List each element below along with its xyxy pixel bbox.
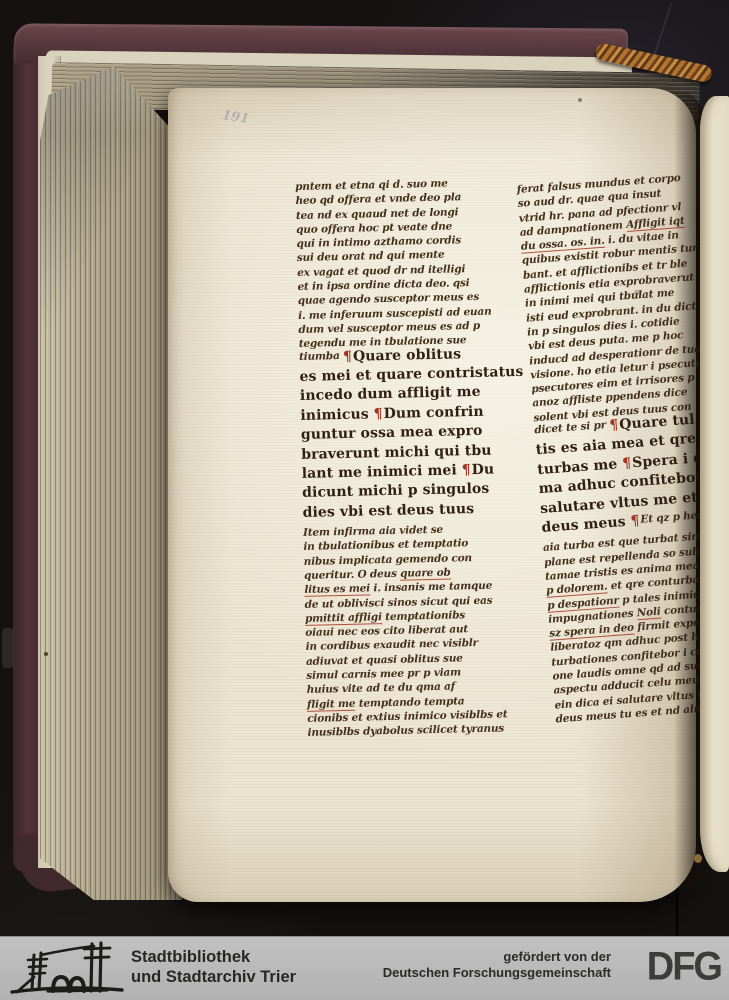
library-name-line2: und Stadtarchiv Trier <box>131 968 296 988</box>
fore-edge-page-stack <box>40 66 182 900</box>
manuscript-text-segment: Du <box>472 461 495 478</box>
manuscript-column-left: pntem et etna qi d. suo meheo qd offera … <box>295 173 490 738</box>
leather-cover-left <box>13 34 41 872</box>
manuscript-text-segment: es mei et quare contristatus <box>299 364 523 385</box>
page-stain <box>634 290 640 295</box>
library-name: Stadtbibliothek und Stadtarchiv Trier <box>131 948 296 987</box>
manuscript-text-segment: dicunt michi p singulos <box>302 481 490 501</box>
manuscript-text-segment: dicet te si pr <box>534 419 610 436</box>
manuscript-text-segment: tiumba <box>299 350 343 363</box>
rubric-pilcrow: ¶ <box>462 462 472 478</box>
page-stain <box>578 98 582 102</box>
manuscript-text-segment: braverunt michi qui tbu <box>301 442 492 462</box>
manuscript-text-segment: dies vbi est deus tuus <box>302 501 474 521</box>
funding-line2: Deutschen Forschungsgemeinschaft <box>383 965 611 981</box>
manuscript-line: inusiblbs dyabolus scilicet tyranus <box>307 719 489 737</box>
manuscript-text-segment: Quare oblitus <box>353 346 462 364</box>
manuscript-text-segment: Dum confrin <box>383 404 483 422</box>
manuscript-text-segment: inimicus <box>300 406 374 424</box>
paper-speck <box>44 652 48 656</box>
binding-worn-spot <box>694 854 702 863</box>
photo-backdrop: 191 pntem et etna qi d. suo meheo qd off… <box>0 0 729 1000</box>
dfg-logo: DFG <box>647 945 721 990</box>
manuscript-text-segment: guntur ossa mea expro <box>301 423 483 443</box>
library-name-line1: Stadtbibliothek <box>131 948 296 968</box>
rubric-pilcrow: ¶ <box>343 348 353 364</box>
manuscript-text-segment: inusiblbs dyabolus scilicet tyranus <box>307 723 504 739</box>
rubric-pilcrow: ¶ <box>374 406 384 422</box>
manuscript-text-segment: lant me inimici mei <box>302 462 462 482</box>
gutter-shadow <box>674 92 702 892</box>
funding-line1: gefördert von der <box>383 949 611 965</box>
clasp-shadow <box>2 628 14 668</box>
facing-page-edge <box>700 96 729 872</box>
open-verso-page: 191 pntem et etna qi d. suo meheo qd off… <box>168 88 696 902</box>
manuscript-text-segment: incedo dum affligit me <box>300 384 481 404</box>
funding-note: gefördert von der Deutschen Forschungsge… <box>383 949 611 981</box>
provenance-banner: Stadtbibliothek und Stadtarchiv Trier ge… <box>0 936 729 1000</box>
folio-number: 191 <box>221 108 250 127</box>
library-logo-icon <box>4 937 128 1000</box>
